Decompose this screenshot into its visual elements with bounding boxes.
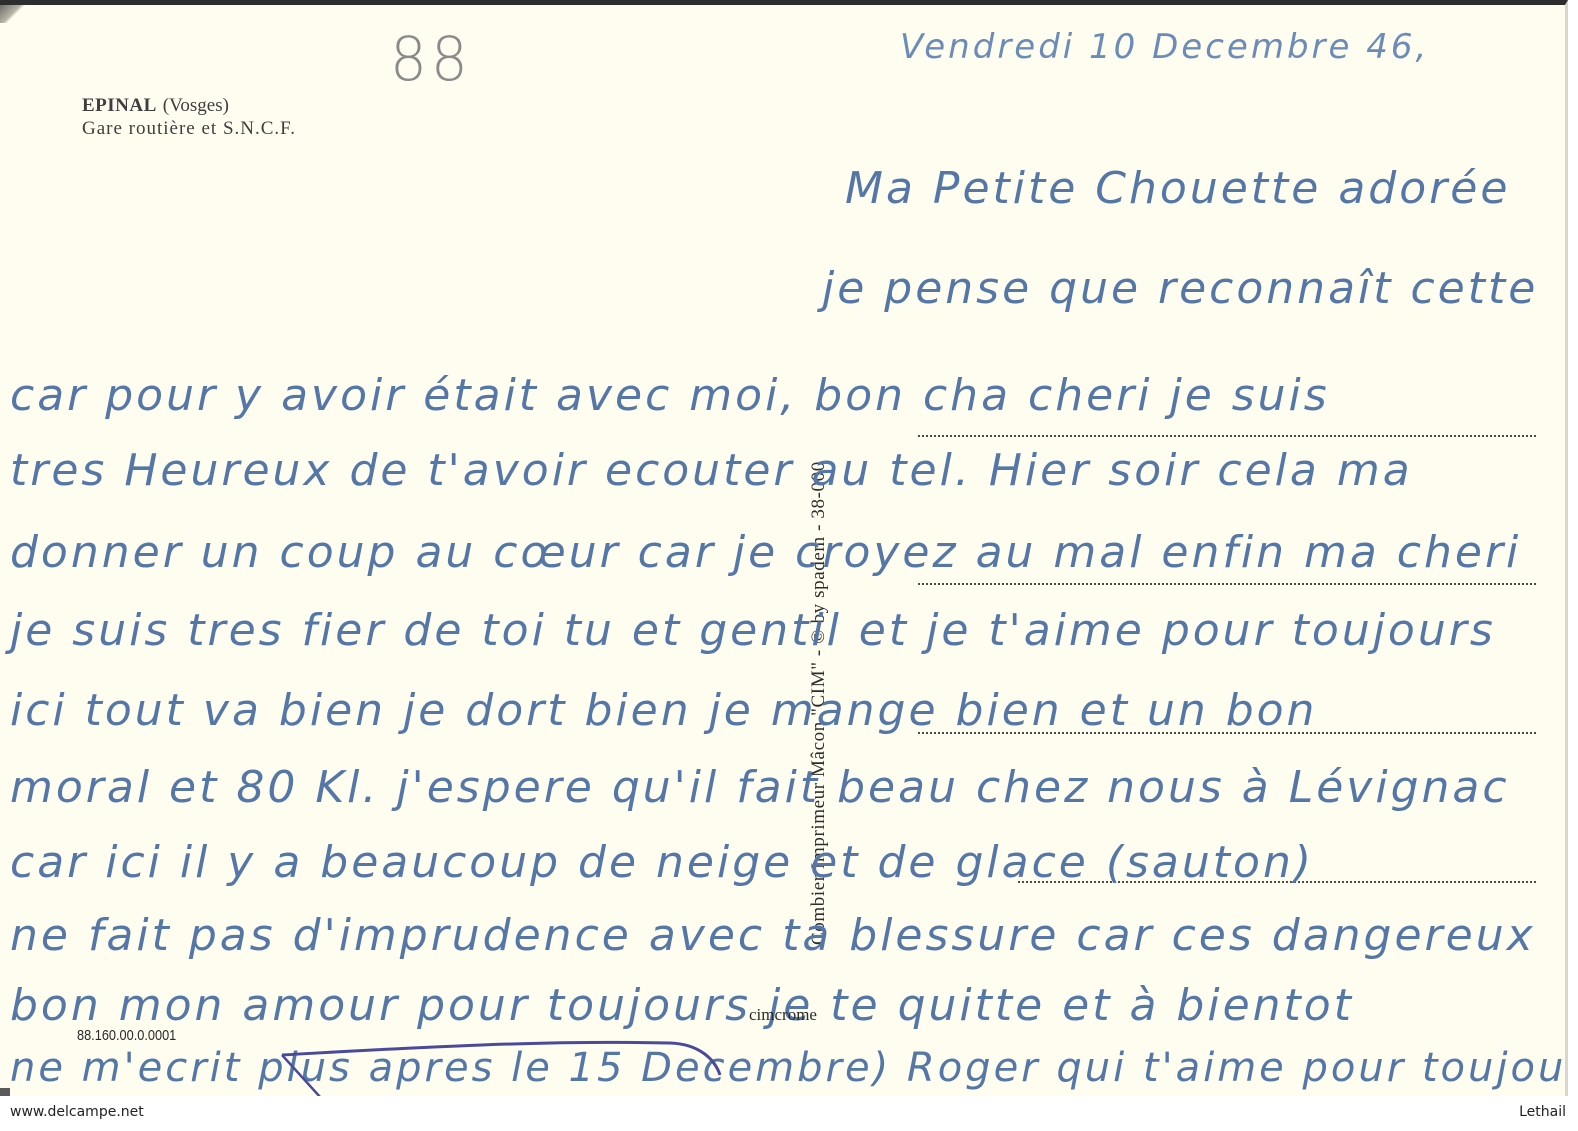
handwritten-line: ne m'ecrit plus apres le 15 Decembre) Ro… (10, 1045, 1568, 1091)
handwritten-line: ne fait pas d'imprudence avec ta blessur… (10, 910, 1536, 961)
handwritten-line: car ici il y a beaucoup de neige et de g… (10, 837, 1314, 888)
handwritten-salutation: Ma Petite Chouette adorée (845, 163, 1510, 214)
handwritten-line: je suis tres fier de toi tu et gentil et… (10, 605, 1496, 656)
caption-subtitle: Gare routière et S.N.C.F. (82, 118, 296, 141)
printer-mark: cimcrome (749, 1005, 817, 1025)
handwritten-line: je pense que reconnaît cette (822, 263, 1538, 314)
address-line (918, 435, 1536, 437)
worn-corner (0, 1088, 10, 1096)
pencil-department-number: 88 (390, 23, 472, 94)
handwritten-date: Vendredi 10 Decembre 46, (900, 27, 1429, 67)
watermark-seller: Lethail (1519, 1104, 1566, 1120)
postcard-back: 88 EPINAL(Vosges) Gare routière et S.N.C… (0, 0, 1568, 1096)
caption-city: EPINAL (82, 95, 157, 116)
violet-arrow-mark (270, 1035, 730, 1096)
handwritten-line: ici tout va bien je dort bien je mange b… (10, 685, 1317, 736)
handwritten-line: moral et 80 Kl. j'espere qu'il fait beau… (10, 762, 1510, 813)
handwritten-line: tres Heureux de t'avoir ecouter au tel. … (10, 445, 1413, 496)
caption-region: (Vosges) (163, 95, 229, 116)
worn-corner (0, 5, 28, 23)
watermark-delcampe: www.delcampe.net (10, 1104, 144, 1120)
printed-caption: EPINAL(Vosges) Gare routière et S.N.C.F. (82, 95, 296, 141)
handwritten-line: donner un coup au cœur car je croyez au … (10, 527, 1521, 578)
handwritten-line: car pour y avoir était avec moi, bon cha… (10, 370, 1330, 421)
reference-number: 88.160.00.0.0001 (77, 1027, 176, 1044)
handwritten-line: bon mon amour pour toujours je te quitte… (10, 980, 1354, 1031)
address-line (918, 583, 1536, 585)
